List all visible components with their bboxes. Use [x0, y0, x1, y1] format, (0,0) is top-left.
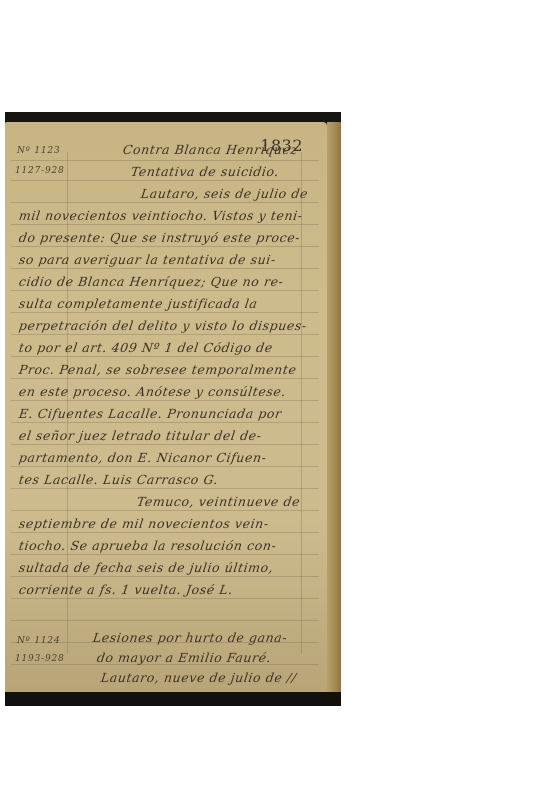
appeal-overlay: López L. G. José Francisco A. E. Castro: [5, 122, 327, 694]
book-shadow: [5, 692, 341, 706]
page-edge: [327, 122, 341, 694]
